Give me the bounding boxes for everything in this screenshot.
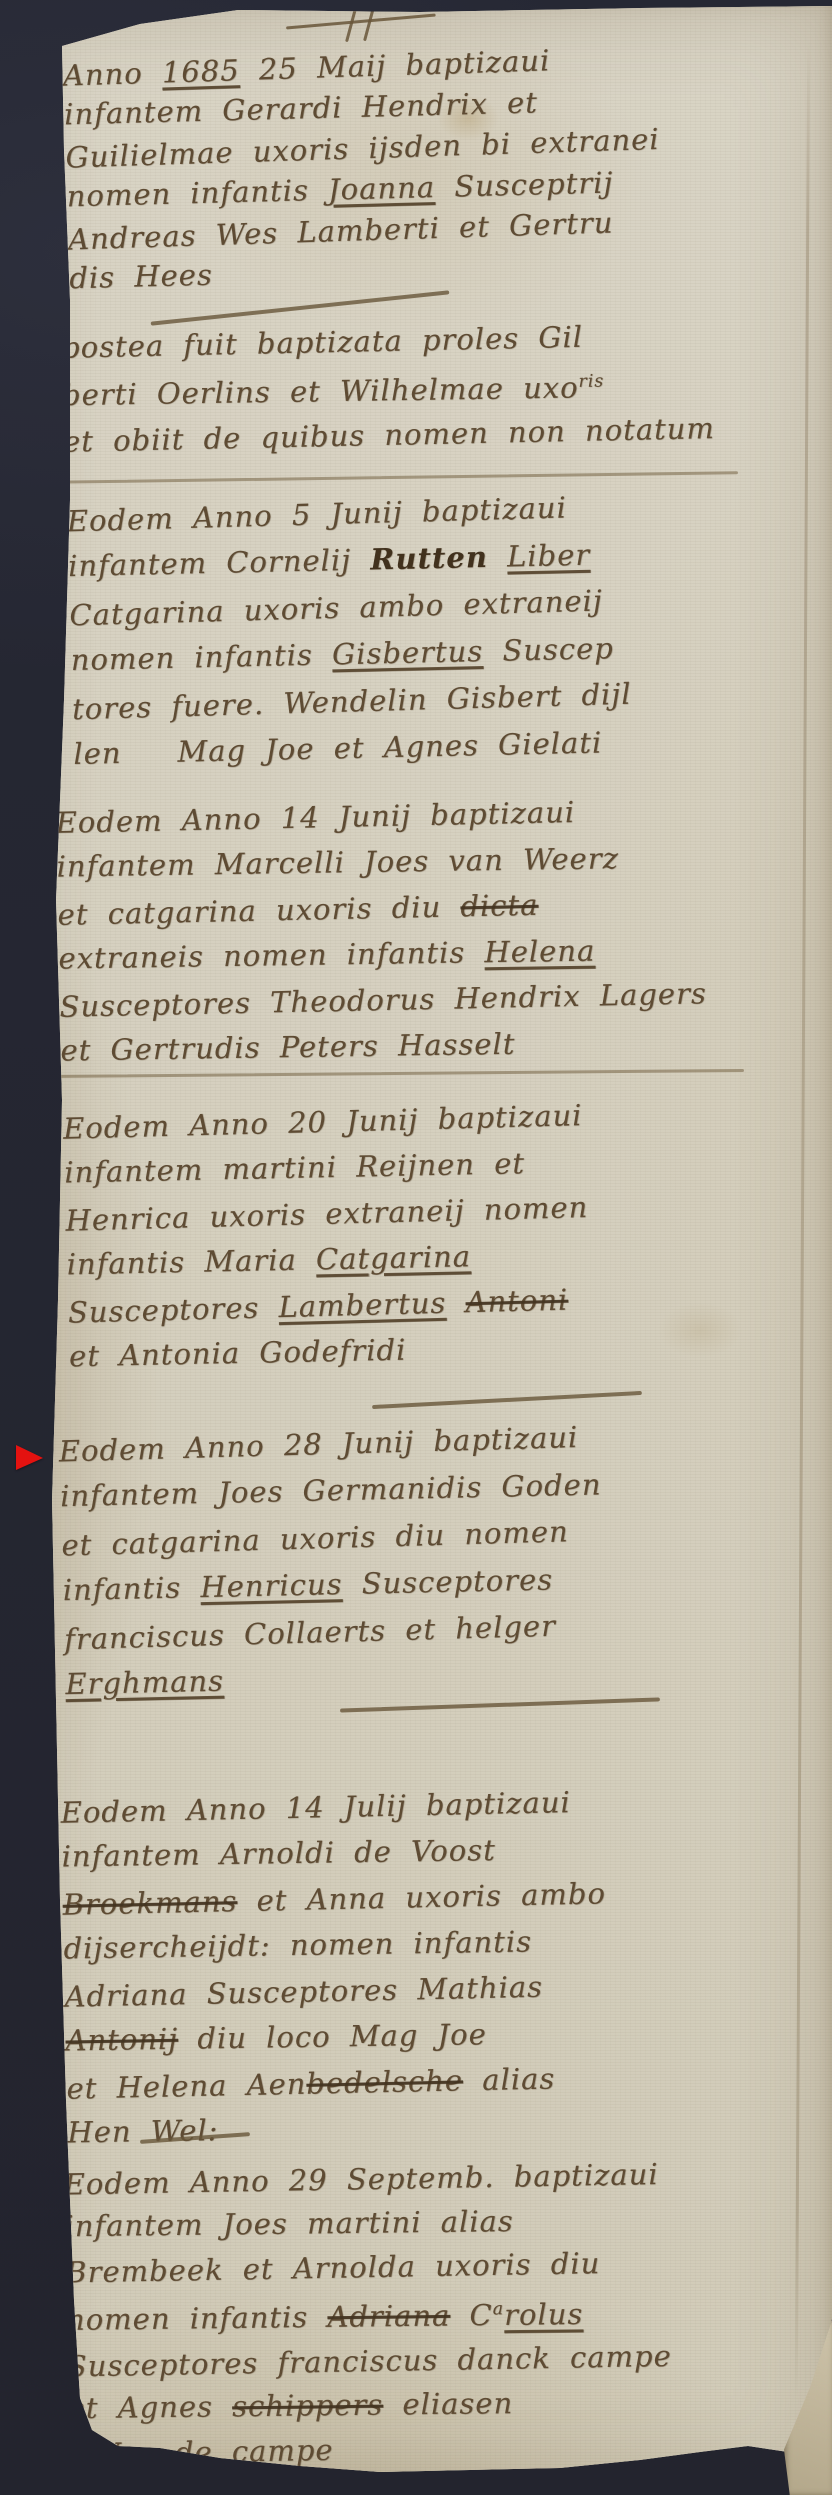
- ink-text-segment: Antonij: [65, 2022, 178, 2058]
- ink-text-segment: infantem Joes Germanidis Goden: [60, 1467, 602, 1513]
- ink-text-segment: Suscep: [483, 631, 614, 668]
- ink-text-segment: et catgarina uxoris diu: [57, 889, 460, 931]
- ink-text-segment: Susceptores franciscus danck campe: [67, 2339, 672, 2384]
- ink-text-segment: Henricus: [200, 1567, 343, 1604]
- ink-text-segment: et catgarina uxoris diu nomen: [61, 1514, 569, 1562]
- handwritten-line: nomen infantis Adriana Carolus: [66, 2284, 807, 2342]
- ink-text-segment: a: [493, 2299, 505, 2319]
- ink-text-segment: et Helena Aen: [66, 2067, 307, 2106]
- ink-text-segment: nomen infantis: [66, 173, 328, 214]
- ink-text-segment: nomen infantis: [66, 2300, 328, 2337]
- ink-text-segment: Eodem Anno 29 Septemb. baptizaui: [63, 2157, 658, 2201]
- ink-text-segment: infantis: [62, 1570, 200, 1607]
- baptism-entry: Eodem Anno 29 Septemb. baptizauiinfantem…: [63, 2150, 808, 2477]
- ink-text-segment: Joanna: [328, 170, 436, 207]
- ink-text-segment: alias: [463, 2061, 556, 2097]
- ink-text-segment: [487, 540, 507, 574]
- handwritten-line: et Agnes schippers eliasen: [67, 2377, 807, 2429]
- ink-text-segment: Eodem Anno 20 Junij baptizaui: [63, 1098, 583, 1146]
- register-note: postea fuit baptizata proles Gilberti Oe…: [61, 310, 804, 463]
- ink-text-segment: Eodem Anno 28 Junij baptizaui: [58, 1420, 578, 1468]
- baptism-entry: Eodem Anno 5 Junij baptizauiinfantem Cor…: [66, 478, 814, 781]
- ink-text-segment: Eodem Anno 14 Julij baptizaui: [60, 1785, 571, 1830]
- ink-text-segment: Helena: [484, 934, 595, 970]
- ink-text-segment: et Antonia Godefridi: [69, 1333, 407, 1374]
- ink-text-segment: Adriana Susceptores Mathias: [64, 1970, 543, 2014]
- ink-text-segment: Susceptores: [67, 1290, 278, 1330]
- baptism-entry: Eodem Anno 14 Julij baptizauiinfantem Ar…: [60, 1774, 808, 2157]
- ink-text-segment: dicta: [460, 888, 539, 924]
- ink-text-segment: Eodem Anno 5 Junij baptizaui: [66, 490, 567, 538]
- ink-text-segment: [446, 1285, 466, 1319]
- ink-text-segment: C: [450, 2298, 493, 2332]
- baptism-entry: Eodem Anno 14 Junij baptizauiinfantem Ma…: [55, 784, 811, 1076]
- ink-text-segment: Susceptrij: [435, 166, 614, 205]
- ink-text-segment: Mag Joe et Agnes Gielati: [177, 725, 602, 768]
- ink-text-segment: infantem Marcelli Joes van Weerz: [56, 841, 619, 883]
- handwritten-line: infantem Joes martini alias: [64, 2196, 804, 2248]
- ink-text-segment: postea fuit baptizata proles Gil: [61, 320, 584, 365]
- ink-text-segment: Van de campe: [98, 2432, 334, 2470]
- red-arrow-marker: [16, 1445, 43, 1470]
- ink-text-segment: ris: [578, 371, 604, 391]
- ink-text-segment: Antoni: [465, 1283, 569, 1320]
- ink-text-segment: franciscus Collaerts et helger: [64, 1609, 557, 1657]
- ink-text-segment: berti Oerlins et Wilhelmae uxo: [62, 370, 579, 412]
- ink-text-segment: rolus: [504, 2297, 584, 2332]
- ink-text-segment: bedelsche: [306, 2063, 463, 2100]
- ink-text-segment: len: [73, 736, 122, 771]
- ink-text-segment: Hen Wel:: [67, 2113, 218, 2149]
- ink-text-segment: Lambertus: [278, 1286, 447, 1324]
- ink-text-segment: Susceptores Theodorus Hendrix Lagers: [59, 976, 707, 1024]
- ink-text-segment: tores fuere. Wendelin Gisbert dijl: [72, 677, 632, 727]
- ink-text-segment: Liber: [507, 538, 591, 574]
- ink-text-segment: Anno: [62, 56, 162, 93]
- baptism-entry: Eodem Anno 28 Junij baptizauiinfantem Jo…: [58, 1408, 816, 1711]
- ink-text-segment: Susceptores: [342, 1562, 553, 1601]
- ink-text-segment: Adriana: [327, 2298, 450, 2333]
- ink-text-segment: 1685: [161, 53, 240, 89]
- ink-text-segment: 25 Maij baptizaui: [239, 43, 551, 87]
- ink-text-segment: Rutten: [370, 540, 488, 577]
- ink-text-segment: Gisbertus: [332, 634, 484, 671]
- ink-text-segment: Broekmans: [62, 1884, 237, 1922]
- ink-text-segment: infantem martini Reijnen et: [64, 1146, 525, 1189]
- ink-text-segment: infantis Maria: [66, 1242, 316, 1281]
- baptism-entry: Anno 1685 25 Maij baptizauiinfantem Gera…: [62, 32, 809, 301]
- ink-text-segment: Catgarina: [316, 1239, 472, 1276]
- ink-text-segment: dis Hees: [69, 258, 213, 296]
- ink-text-segment: nomen infantis: [70, 637, 332, 677]
- ink-text-segment: et Gertrudis Peters Hasselt: [60, 1027, 515, 1068]
- ink-text-segment: Brembeek et Arnolda uxoris diu: [65, 2246, 601, 2289]
- scanned-register-page: Anno 1685 25 Maij baptizauiinfantem Gera…: [0, 0, 832, 2495]
- ink-text-segment: Eodem Anno 14 Junij baptizaui: [55, 795, 575, 840]
- ink-text-segment: et Anna uxoris ambo: [237, 1876, 606, 1918]
- ink-text-segment: dijsercheijdt: nomen infantis: [63, 1925, 532, 1966]
- ink-text-segment: Henrica uxoris extraneij nomen: [65, 1190, 589, 1238]
- ink-text-segment: extraneis nomen infantis: [58, 935, 484, 975]
- ink-text-segment: Erghmans: [65, 1664, 224, 1701]
- ink-text-segment: infantem Joes martini alias: [64, 2204, 514, 2243]
- ink-text-segment: Catgarina uxoris ambo extraneij: [69, 583, 603, 632]
- ink-text-segment: infantem Gerardi Hendrix et: [64, 85, 539, 131]
- ink-text-segment: schippers: [232, 2387, 384, 2423]
- ink-text-segment: diu loco Mag Joe: [178, 2017, 487, 2056]
- ink-text-segment: et obiit de quibus nomen non notatum: [63, 411, 715, 459]
- ink-text-segment: eliasen: [383, 2386, 513, 2421]
- ink-text-segment: infantem Cornelij: [68, 543, 371, 584]
- ink-text-segment: infantem Arnoldi de Voost: [61, 1833, 496, 1873]
- ink-text-segment: et Agnes: [67, 2389, 232, 2425]
- manuscript-page: Anno 1685 25 Maij baptizauiinfantem Gera…: [0, 0, 832, 2495]
- hash-mark-icon: [285, 0, 437, 50]
- baptism-entry: Eodem Anno 20 Junij baptizauiinfantem ma…: [63, 1086, 810, 1381]
